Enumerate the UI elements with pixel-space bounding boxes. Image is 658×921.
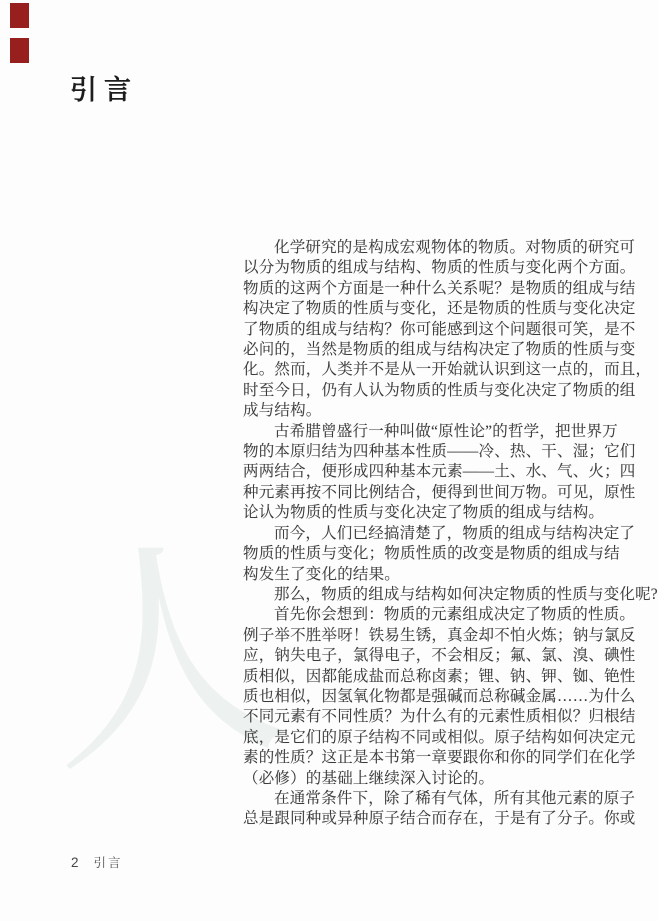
body-text: 化学研究的是构成宏观物体的物质。对物质的研究可以分为物质的组成与结构、物质的性质…	[243, 238, 637, 830]
text-line: 而今，人们已经搞清楚了，物质的组成与结构决定了	[243, 524, 637, 544]
text-line: 时至今日，仍有人认为物质的性质与变化决定了物质的组	[243, 381, 637, 401]
text-line: 应，钠失电子，氯得电子，不会相反；氟、氯、溴、碘性	[243, 646, 637, 666]
text-line: 总是跟同种或异种原子结合而存在，于是有了分子。你或	[243, 809, 637, 829]
text-line: （必修）的基础上继续深入讨论的。	[243, 769, 637, 789]
text-line: 化学研究的是构成宏观物体的物质。对物质的研究可	[243, 238, 637, 258]
text-line: 不同元素有不同性质？为什么有的元素性质相似？归根结	[243, 707, 637, 727]
page-number: 2	[71, 855, 79, 870]
text-line: 构决定了物质的性质与变化，还是物质的性质与变化决定	[243, 299, 637, 319]
page-footer: 2 引言	[71, 853, 123, 871]
footer-section-label: 引言	[94, 853, 123, 871]
page-title: 引言	[70, 68, 138, 107]
text-line: 物的本原归结为四种基本性质——冷、热、干、湿；它们	[243, 442, 637, 462]
chapter-tab-marker-bottom	[10, 38, 29, 63]
text-line: 物质的这两个方面是一种什么关系呢？是物质的组成与结	[243, 279, 637, 299]
text-line: 素的性质？这正是本书第一章要跟你和你的同学们在化学	[243, 748, 637, 768]
text-line: 了物质的组成与结构？你可能感到这个问题很可笑，是不	[243, 320, 637, 340]
text-line: 两两结合，便形成四种基本元素——土、水、气、火；四	[243, 462, 637, 482]
text-line: 成与结构。	[243, 401, 637, 421]
text-line: 以分为物质的组成与结构、物质的性质与变化两个方面。	[243, 258, 637, 278]
text-line: 论认为物质的性质与变化决定了物质的组成与结构。	[243, 503, 637, 523]
text-line: 质也相似，因氢氧化物都是强碱而总称碱金属……为什么	[243, 687, 637, 707]
text-line: 例子举不胜举呀！铁易生锈，真金却不怕火炼；钠与氯反	[243, 626, 637, 646]
text-line: 质相似，因都能成盐而总称卤素；锂、钠、钾、铷、铯性	[243, 667, 637, 687]
text-line: 种元素再按不同比例结合，便得到世间万物。可见，原性	[243, 483, 637, 503]
text-line: 物质的性质与变化；物质性质的改变是物质的组成与结	[243, 544, 637, 564]
text-line: 那么，物质的组成与结构如何决定物质的性质与变化呢?	[243, 585, 637, 605]
text-line: 首先你会想到：物质的元素组成决定了物质的性质。	[243, 605, 637, 625]
text-line: 底，是它们的原子结构不同或相似。原子结构如何决定元	[243, 728, 637, 748]
text-line: 化。然而，人类并不是从一开始就认识到这一点的，而且，	[243, 360, 637, 380]
textbook-page: 引言 人 化学研究的是构成宏观物体的物质。对物质的研究可以分为物质的组成与结构、…	[0, 0, 658, 921]
text-line: 构发生了变化的结果。	[243, 565, 637, 585]
chapter-tab-marker-top	[10, 3, 29, 28]
text-line: 古希腊曾盛行一种叫做“原性论”的哲学，把世界万	[243, 422, 637, 442]
text-line: 在通常条件下，除了稀有气体，所有其他元素的原子	[243, 789, 637, 809]
text-line: 必问的，当然是物质的组成与结构决定了物质的性质与变	[243, 340, 637, 360]
